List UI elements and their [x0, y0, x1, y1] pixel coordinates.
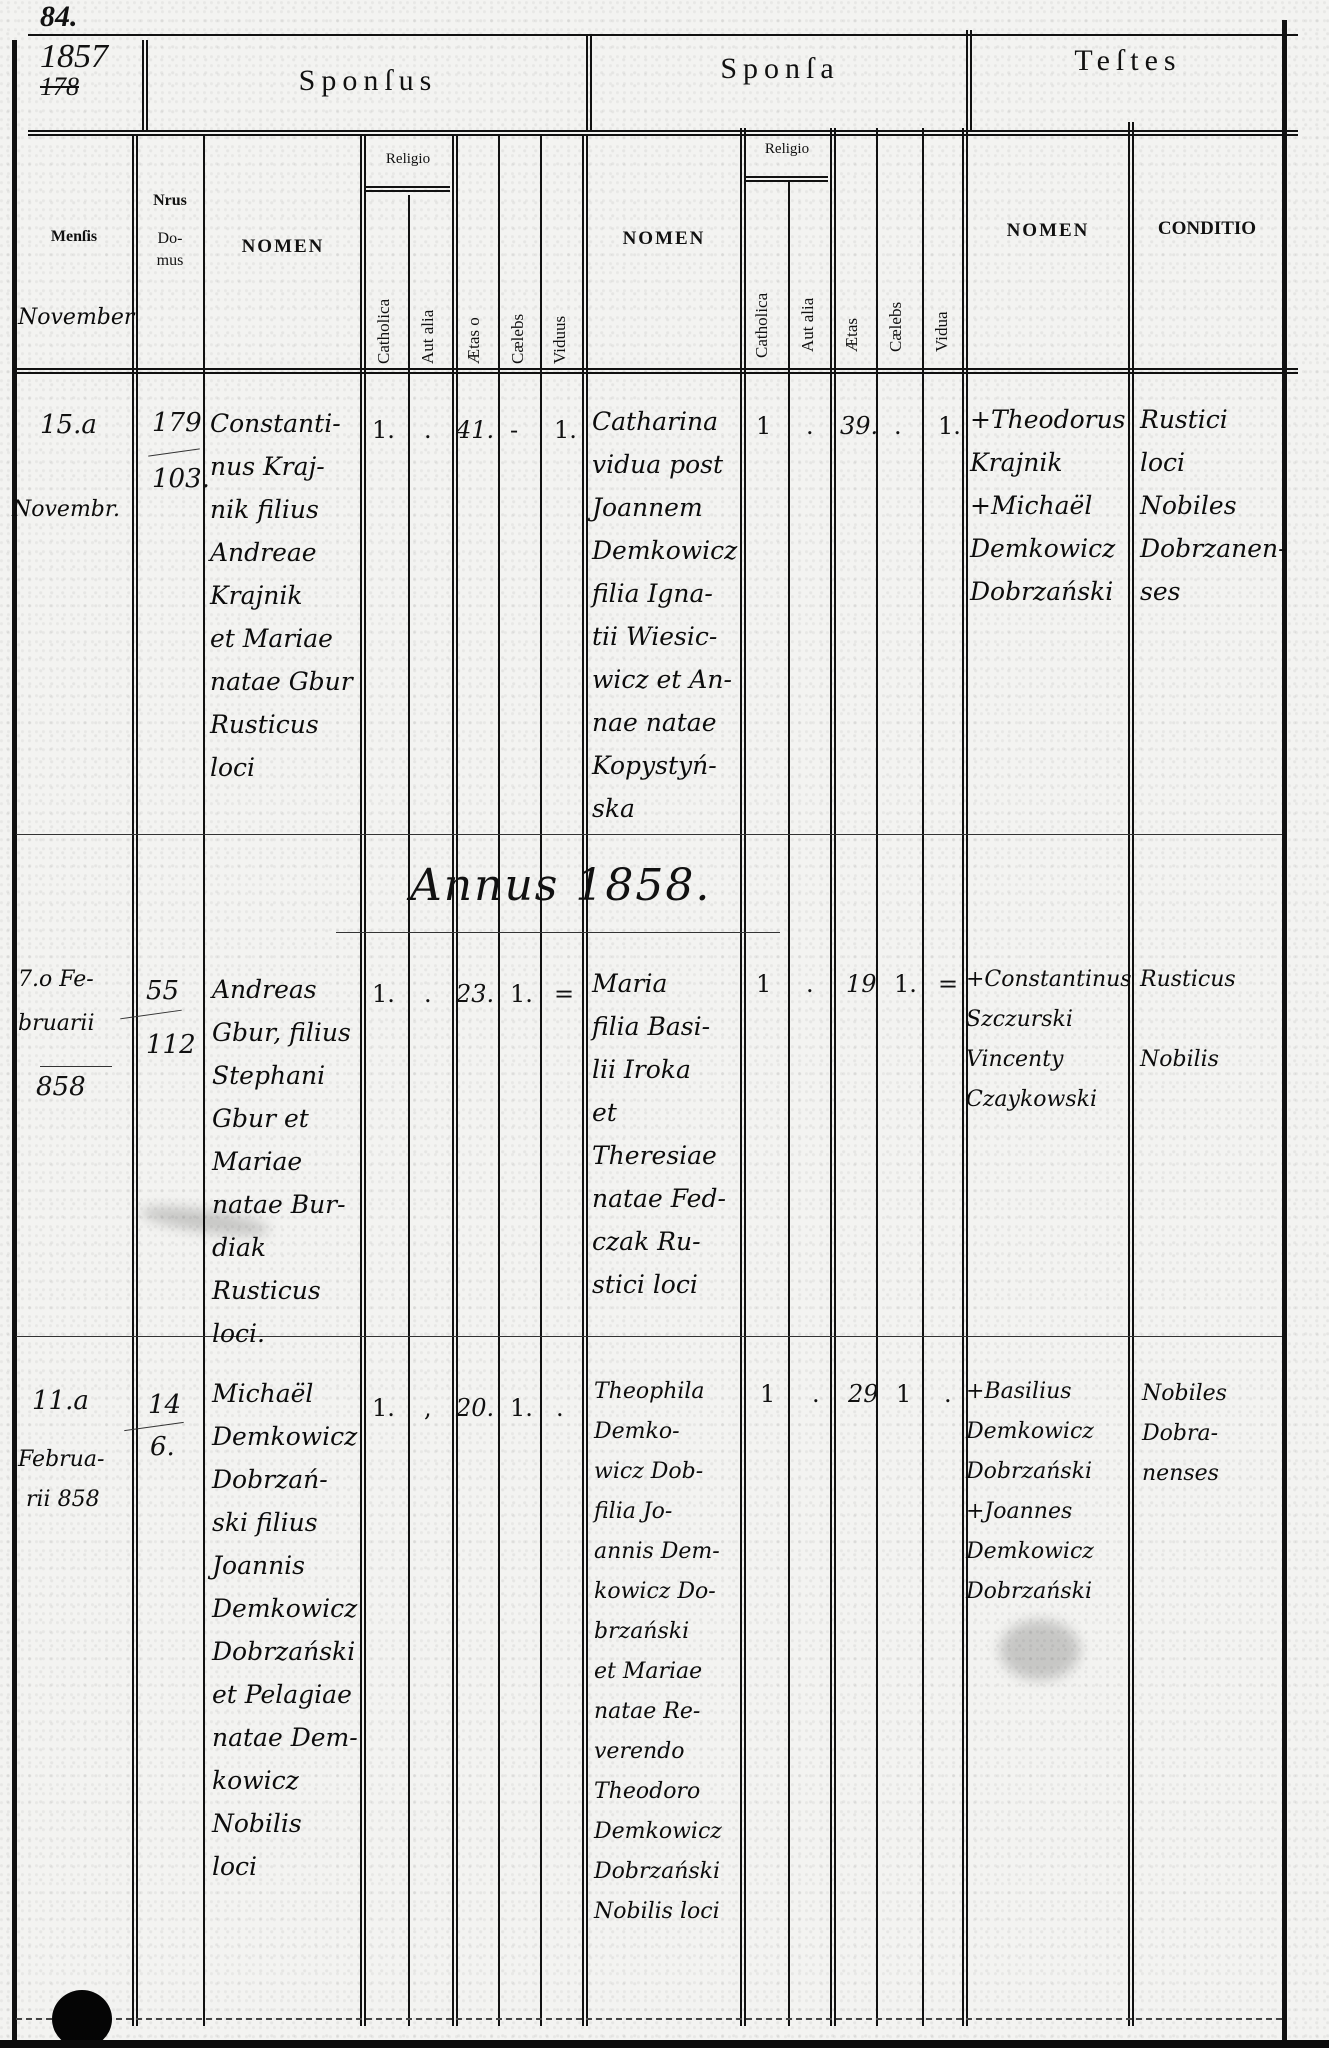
record-2-sponsus-name: Andreas Gbur, filius Stephani Gbur et Ma…	[212, 968, 362, 1355]
year-struck: 178	[40, 72, 108, 102]
sep-sponsus-sponsa	[586, 36, 592, 130]
header-nomen-sponsus: NOMEN	[208, 236, 358, 258]
religio-rule-sponsus	[364, 186, 450, 192]
record-3-sponsa-aetas: 29	[848, 1380, 879, 1408]
record-2-sponsa-catholica: 1	[756, 970, 771, 998]
record-1-day: 15.a	[40, 410, 97, 440]
header-aetas-sponsa: Ætas	[842, 318, 862, 352]
header-viduus: Viduus	[550, 316, 570, 364]
record-1-month: Novembr.	[12, 490, 142, 530]
header-vidua: Vidua	[932, 311, 952, 352]
record-3-sponsa-name: Theophila Demko- wicz Dob- filia Jo- ann…	[594, 1372, 744, 1932]
record-3-sponsus-caelebs: 1.	[510, 1394, 533, 1422]
sep-sponsa-testes	[966, 30, 972, 130]
header-catholica-sponsa: Catholica	[752, 293, 772, 358]
record-2-sponsus-aut-alia: .	[424, 980, 432, 1008]
sep-year-sponsus	[142, 40, 148, 130]
section-testes: Teſtes	[974, 44, 1282, 78]
ink-smudge-2	[1000, 1620, 1080, 1680]
record-2-sponsa-aut-alia: .	[806, 970, 814, 998]
record-2-domus-top: 55	[146, 976, 179, 1006]
header-conditio: CONDITIO	[1134, 218, 1280, 240]
record-2-sponsa-name: Maria filia Basi- lii Iroka et Theresiae…	[592, 962, 742, 1306]
record-2-sponsa-caelebs: 1.	[894, 970, 917, 998]
header-nomen-testes: NOMEN	[970, 220, 1126, 242]
col-sep-catholica	[408, 195, 410, 2026]
record-2-sponsus-aetas: 23.	[456, 980, 494, 1008]
record-3-sponsus-catholica: 1.	[372, 1394, 395, 1422]
header-caelebs-sponsa: Cælebs	[886, 302, 906, 352]
section-sponsus: Sponſus	[150, 64, 586, 98]
record-1-sponsus-aut-alia: .	[424, 416, 432, 444]
record-3-day: 11.a	[32, 1386, 89, 1416]
record-2-sponsa-aetas: 19	[846, 970, 877, 998]
record-2-sponsa-vidua: =	[938, 970, 958, 998]
header-domus-2: mus	[138, 250, 202, 272]
col-sep-sponsa-caelebs	[922, 128, 924, 2026]
row-divider-3	[16, 2018, 1282, 2020]
header-caelebs-sponsus: Cælebs	[508, 314, 528, 364]
header-aut-alia-sponsa: Aut alia	[798, 298, 818, 352]
record-3-sponsa-caelebs: 1	[896, 1380, 911, 1408]
record-1-sponsa-catholica: 1	[756, 412, 771, 440]
religio-rule-sponsa	[744, 176, 828, 182]
header-aetas-sponsus: Ætas o	[464, 317, 484, 364]
record-2-sponsus-viduus: =	[554, 980, 574, 1008]
record-3-domus-top: 14	[148, 1390, 181, 1420]
record-2-sponsus-caelebs: 1.	[510, 980, 533, 1008]
record-1-sponsa-caelebs: .	[894, 412, 902, 440]
year-current: 1857	[40, 38, 108, 75]
record-2-sponsus-catholica: 1.	[372, 980, 395, 1008]
record-3-sponsa-aut-alia: .	[812, 1380, 820, 1408]
top-rule	[28, 34, 1298, 36]
row-divider-2	[16, 1336, 1282, 1337]
record-3-testes-names: +Basilius Demkowicz Dobrzański +Joannes …	[966, 1372, 1136, 1612]
record-2-day: 7.o Fe-	[18, 960, 136, 1000]
col-sep-mensis	[132, 136, 138, 2026]
record-1-sponsus-aetas: 41.	[456, 416, 494, 444]
record-3-sponsus-viduus: .	[556, 1394, 564, 1422]
header-month-note: November	[18, 298, 148, 338]
header-nrus: Nrus	[138, 190, 202, 212]
record-2-month: bruarii	[18, 1004, 136, 1044]
row-divider-1	[16, 834, 1282, 835]
section-sponsa: Sponſa	[594, 52, 966, 86]
record-3-month: Februa-	[18, 1440, 136, 1480]
record-1-domus-top: 179	[152, 408, 202, 438]
record-3-sponsa-catholica: 1	[760, 1380, 775, 1408]
header-bottom-rule	[16, 368, 1298, 374]
annus-divider: Annus 1858.	[410, 860, 711, 911]
record-2-domus-bottom: 112	[146, 1030, 196, 1060]
record-1-sponsa-name: Catharina vidua post Joannem Demkowicz f…	[592, 400, 742, 830]
record-3-testes-conditio: Nobiles Dobra- nenses	[1142, 1374, 1292, 1494]
record-3-sponsus-aut-alia: ,	[424, 1394, 432, 1422]
annus-underline	[336, 932, 780, 933]
col-sep-viduus	[582, 136, 588, 2026]
record-3-sponsa-vidua: .	[944, 1380, 952, 1408]
col-sep-sponsa-catholica	[788, 180, 790, 2026]
left-border	[12, 40, 17, 2040]
header-nomen-sponsa: NOMEN	[590, 228, 738, 250]
record-2-testes-names: +Constantinus Szczurski Vincenty Czaykow…	[966, 960, 1136, 1120]
col-sep-caelebs	[540, 136, 542, 2026]
record-2-month-underline	[40, 1066, 112, 1067]
record-2-testes-conditio: Rusticus Nobilis	[1140, 960, 1290, 1080]
record-1-sponsus-name: Constanti- nus Kraj- nik filius Andreae …	[210, 402, 360, 789]
header-divider	[28, 130, 1298, 136]
record-1-sponsus-caelebs: -	[510, 416, 518, 444]
record-1-sponsa-aetas: 39.	[840, 412, 878, 440]
header-domus-1: Do-	[138, 228, 202, 250]
header-religio-sponsus: Religio	[364, 148, 452, 170]
header-religio-sponsa: Religio	[744, 138, 830, 160]
record-3-year: rii 858	[26, 1480, 144, 1520]
record-1-testes-conditio: Rustici loci Nobiles Dobrzanen- ses	[1140, 398, 1290, 613]
bottom-edge	[0, 2040, 1329, 2048]
col-sep-domus	[203, 136, 205, 2026]
page-number: 84.	[40, 0, 78, 34]
record-3-sponsus-name: Michaël Demkowicz Dobrzań- ski filius Jo…	[212, 1372, 362, 1888]
header-aut-alia-sponsus: Aut alia	[418, 310, 438, 364]
register-page: 84. 1857 178 Sponſus Sponſa Teſtes Menſi…	[0, 0, 1329, 2048]
col-sep-aetas	[498, 136, 500, 2026]
record-1-domus-fraction	[148, 448, 200, 456]
record-1-sponsus-viduus: 1.	[554, 416, 577, 444]
record-1-sponsus-catholica: 1.	[372, 416, 395, 444]
record-1-sponsa-aut-alia: .	[806, 412, 814, 440]
record-1-sponsa-vidua: 1.	[938, 412, 961, 440]
record-1-testes-names: +Theodorus Krajnik +Michaël Demkowicz Do…	[970, 398, 1130, 613]
header-catholica-sponsus: Catholica	[374, 299, 394, 364]
record-3-sponsus-aetas: 20.	[456, 1394, 494, 1422]
record-2-year: 858	[36, 1072, 86, 1102]
register-year: 1857 178	[40, 42, 108, 102]
record-1-domus-bottom: 103.	[152, 464, 210, 494]
header-mensis: Menſis	[18, 226, 130, 248]
record-3-domus-bottom: 6.	[150, 1432, 175, 1462]
col-sep-sponsa-aut-alia	[830, 128, 836, 2026]
